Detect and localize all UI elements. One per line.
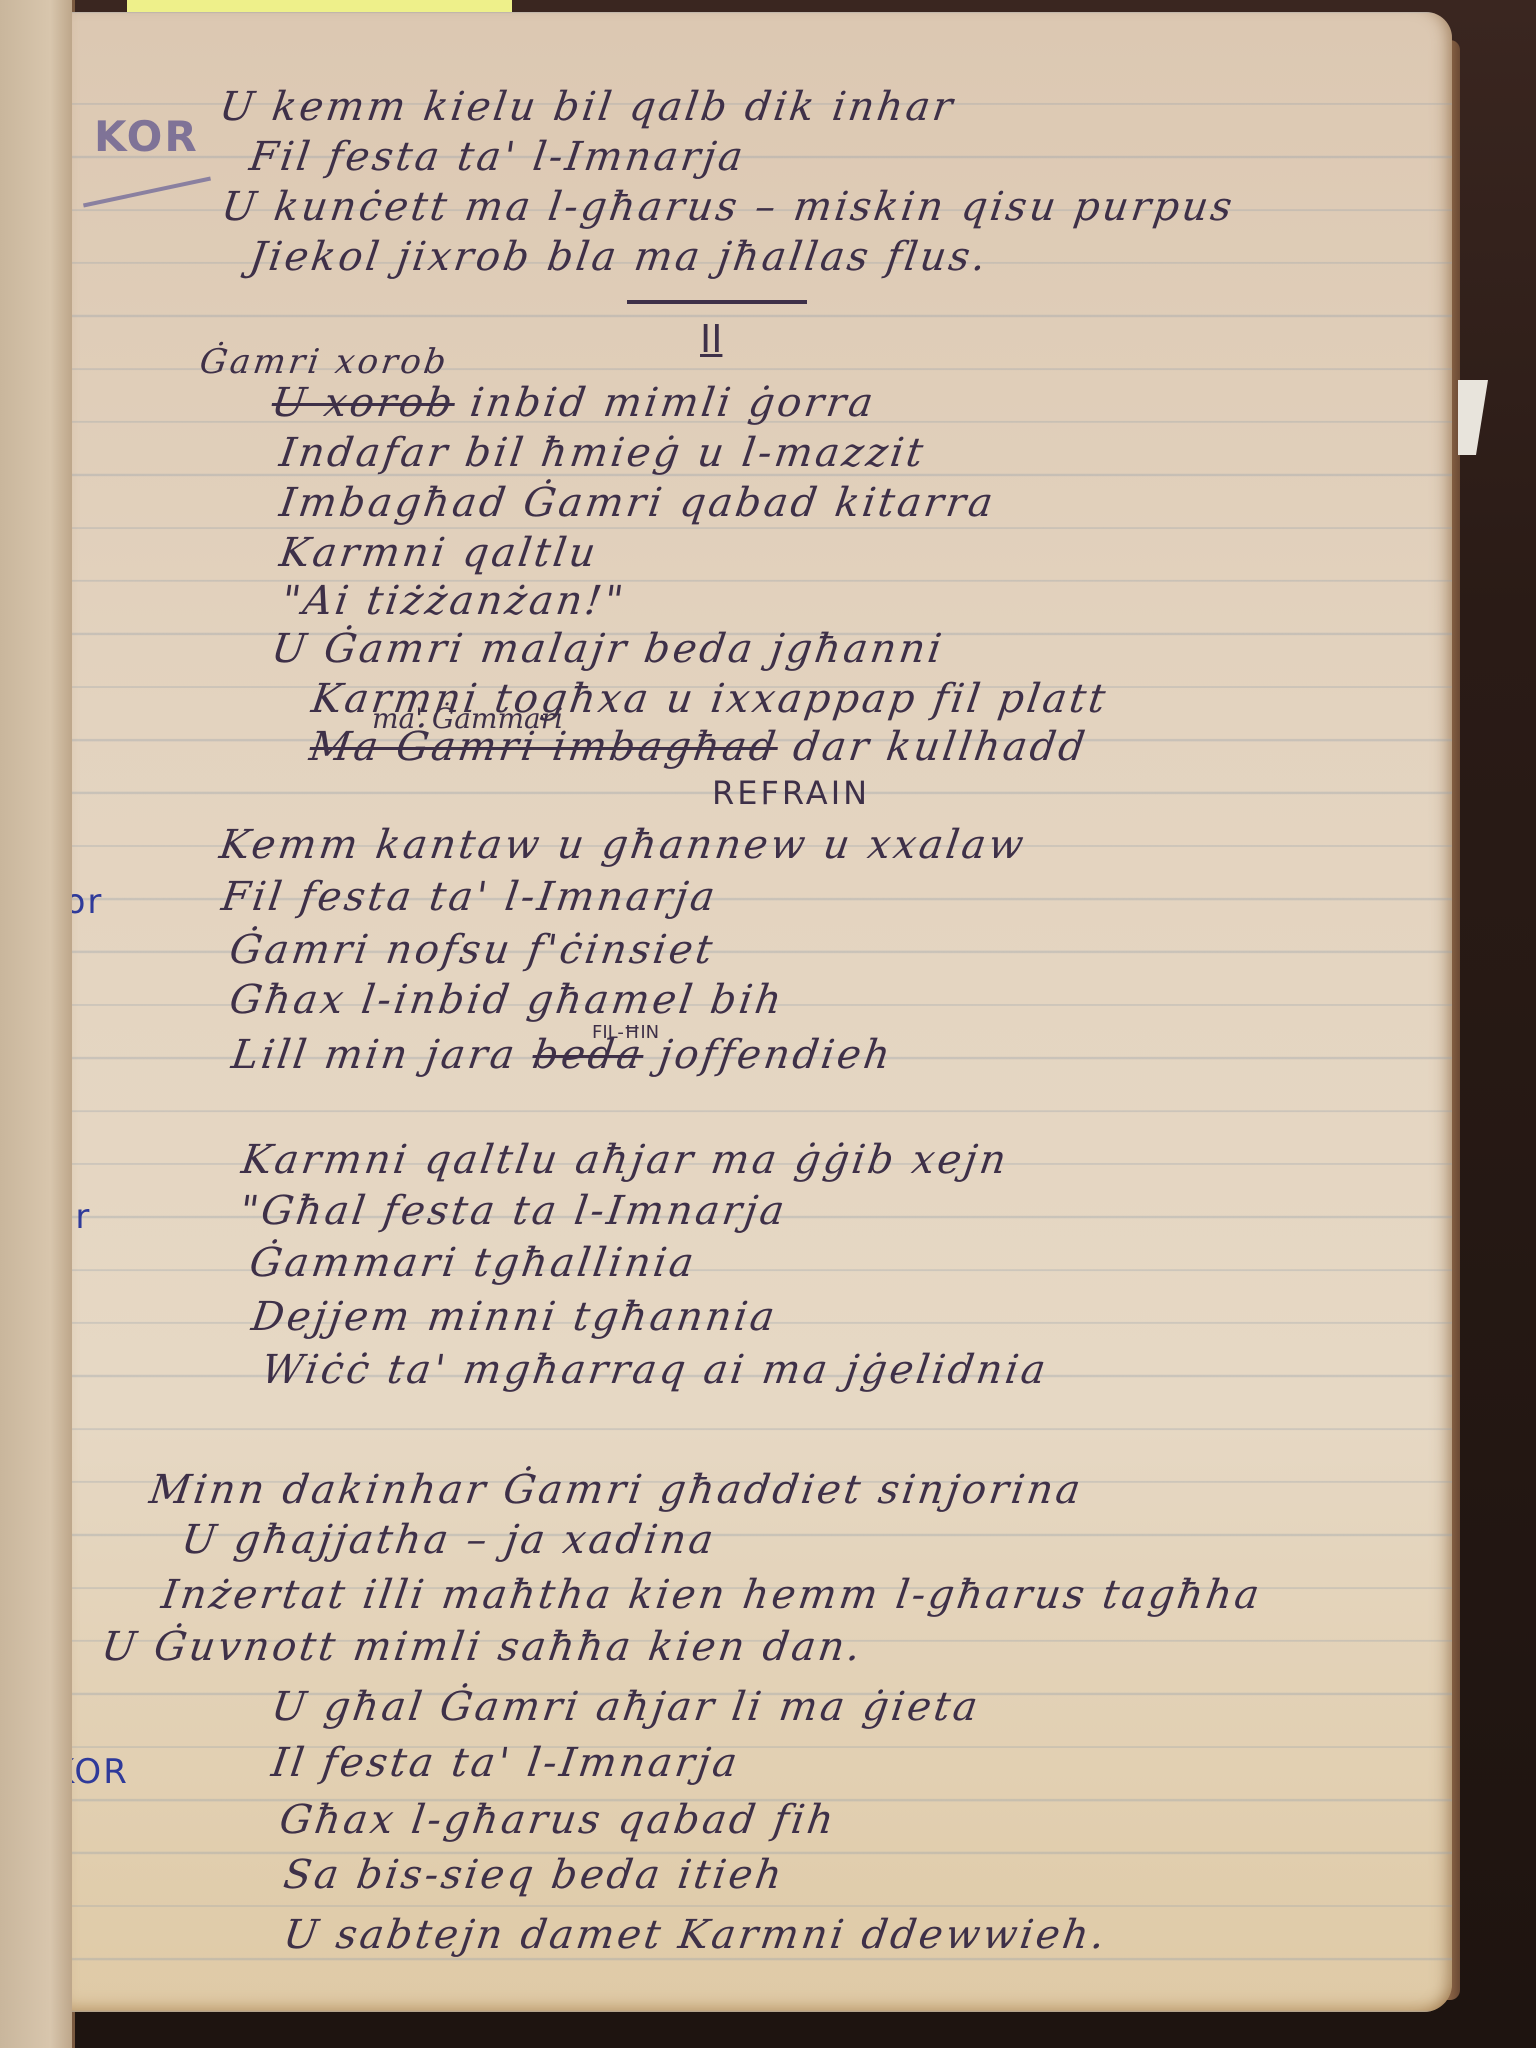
lyric-line: Karmni qaltlu <box>277 530 601 576</box>
margin-label-kor: Kor <box>72 882 103 922</box>
notebook-page: KOR U kemm kielu bil qalb dik inhar Fil … <box>72 12 1452 2012</box>
lyric-line: Għax l-inbid għamel bih <box>227 977 787 1023</box>
lyric-line: Dejjem minni tgħannia <box>249 1294 781 1340</box>
section-numeral: II <box>700 317 722 361</box>
lyric-line: U għal Ġamri aħjar li ma ġieta <box>269 1684 983 1730</box>
pencil-underline <box>83 177 211 208</box>
lyric-line: "Għal festa ta l-Imnarja <box>237 1188 790 1234</box>
lyric-line: Inżertat illi maħtha kien hemm l-għarus … <box>159 1572 1265 1618</box>
lyric-line: Sa bis-sieq beda itieh <box>281 1852 788 1898</box>
lyric-line: Ma Ġamri imbagħad dar kullhadd <box>307 724 1091 770</box>
lyric-line: U xorob inbid mimli ġorra <box>269 380 879 426</box>
lyric-line: Għax l-għarus qabad fih <box>277 1797 840 1843</box>
lyric-line: U Ġamri malajr beda jgħanni <box>269 626 947 672</box>
struck-text: Ma Ġamri imbagħad <box>307 724 781 770</box>
lyric-line: Imbagħad Ġamri qabad kitarra <box>277 480 999 526</box>
lyric-line: "Ai tiżżanżan!" <box>279 578 629 624</box>
lyric-line: Minn dakinhar Ġamri għaddiet sinjorina <box>147 1467 1086 1513</box>
lyric-line: U kunċett ma l-għarus – miskin qisu purp… <box>219 184 1238 230</box>
lyric-line: U Ġuvnott mimli saħħa kien dan. <box>99 1624 866 1670</box>
lyric-line: Fil festa ta' l-Imnarja <box>219 874 721 920</box>
lyric-line: U kemm kielu bil qalb dik inhar <box>217 84 958 130</box>
struck-text: beda <box>530 1032 647 1078</box>
lyric-line: U għajjatha – ja xadina <box>179 1517 719 1563</box>
struck-text: U xorob <box>269 380 458 426</box>
lyric-line: Karmni qaltlu aħjar ma ġġib xejn <box>239 1137 1012 1183</box>
lyric-line: Wiċċ ta' mgħarraq ai ma jġelidnia <box>259 1347 1051 1393</box>
lyric-line: Il festa ta' l-Imnarja <box>269 1740 743 1786</box>
lyric-line: Indafar bil ħmieġ u l-mazzit <box>277 430 929 476</box>
margin-label-kor: Kor <box>72 1197 91 1237</box>
margin-label-kor: KOR <box>94 112 199 161</box>
lyric-line: U sabtejn damet Karmni ddewwieh. <box>281 1912 1111 1958</box>
left-page-edge <box>0 0 75 2048</box>
annotation: Ġamri xorob <box>197 342 451 382</box>
lyric-line: Fil festa ta' l-Imnarja <box>247 134 749 180</box>
lyric-line: Ġammari tgħallinia <box>247 1240 700 1286</box>
section-divider <box>627 300 807 304</box>
refrain-heading: REFRAIN <box>712 774 870 812</box>
lyric-line: Kemm kantaw u għannew u xxalaw <box>217 822 1029 868</box>
lyric-line: Ġamri nofsu f'ċinsiet <box>227 927 718 973</box>
lyric-line: Lill min jara beda joffendieh <box>229 1032 896 1078</box>
margin-label-kor: KOR <box>72 1752 129 1792</box>
lyric-line: Jiekol jixrob bla ma jħallas flus. <box>247 234 992 280</box>
